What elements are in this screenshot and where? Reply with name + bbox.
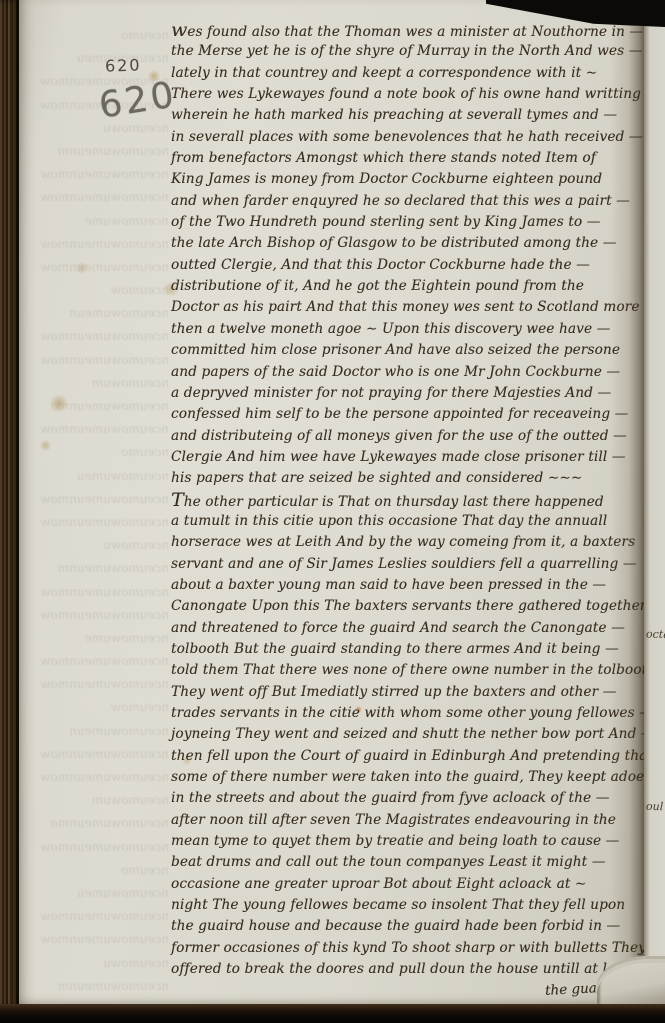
- manuscript-line: mean tyme to quyet them by treatie and b…: [171, 831, 663, 852]
- manuscript-line: trades servants in the citie with whom s…: [171, 703, 663, 724]
- manuscript-line: Canongate Upon this The baxters servants…: [171, 596, 663, 617]
- manuscript-line: committed him close prisoner And have al…: [171, 340, 663, 361]
- showthrough-row: nceumowumeunmowsnme: [41, 418, 169, 441]
- showthrough-row: nceumowumeunmowsnm: [41, 581, 169, 604]
- book-binding-edge: [0, 0, 19, 1006]
- showthrough-row: nceumowume: [41, 210, 169, 233]
- manuscript-page: nceumonceumowumeunceumowumeunmowsnceumow…: [19, 0, 644, 1006]
- manuscript-line: lately in that countrey and keept a corr…: [171, 63, 663, 84]
- showthrough-row: nceumowu: [41, 534, 169, 557]
- facing-page-sliver: octor oul: [644, 12, 665, 1008]
- manuscript-line: his papers that are seized be sighted an…: [171, 468, 663, 489]
- manuscript-line: joyneing They went and seized and shutt …: [171, 724, 663, 745]
- manuscript-line: the Merse yet he is of the shyre of Murr…: [171, 41, 663, 62]
- showthrough-row: nceumowumeunmow: [41, 650, 169, 673]
- showthrough-row: nceumowume: [41, 627, 169, 650]
- manuscript-line: Clergie And him wee have Lykewayes made …: [171, 447, 663, 468]
- showthrough-row: nceumowumeunmowsnm: [41, 163, 169, 186]
- showthrough-row: nceumowumeunmo: [41, 395, 169, 418]
- manuscript-line: King James is money from Doctor Cockburn…: [171, 169, 663, 190]
- page-gutter-shade: [610, 0, 644, 1006]
- manuscript-line: some of there number were taken into the…: [171, 767, 663, 788]
- manuscript-line: The other particular is That on thursday…: [171, 490, 663, 511]
- manuscript-line: wherein he hath marked his preaching at …: [171, 105, 663, 126]
- manuscript-line: confessed him self to be the persone app…: [171, 404, 663, 425]
- showthrough-row: nceumowumeunmowsnmeow: [41, 928, 169, 951]
- showthrough-row: nceumowumeunmowsnmeo: [41, 673, 169, 696]
- manuscript-line: of the Two Hundreth pound sterling sent …: [171, 212, 663, 233]
- showthrough-row: nceumowum: [41, 789, 169, 812]
- manuscript-line: night The young fellowes became so insol…: [171, 895, 663, 916]
- manuscript-line: then fell upon the Court of guaird in Ed…: [171, 746, 663, 767]
- manuscript-line: outted Clergie, And that this Doctor Coc…: [171, 255, 663, 276]
- manuscript-line: and distributeing of all moneys given fo…: [171, 426, 663, 447]
- facing-page-fragment: octor: [646, 627, 665, 641]
- showthrough-row: nceumowumeunm: [41, 140, 169, 163]
- showthrough-row: nceumow: [41, 279, 169, 302]
- showthrough-row: nceumowumeunmo: [41, 812, 169, 835]
- showthrough-row: nceumowumeunmowsnmeow: [41, 511, 169, 534]
- manuscript-line: and when farder enquyred he so declared …: [171, 191, 663, 212]
- showthrough-row: nceumowumeun: [41, 302, 169, 325]
- showthrough-row: nceumowumeunmows: [41, 488, 169, 511]
- showthrough-row: nceumowumeu: [41, 465, 169, 488]
- showthrough-row: nceumowumeunm: [41, 557, 169, 580]
- manuscript-line: after noon till after seven The Magistra…: [171, 810, 663, 831]
- showthrough-row: nceumowumeunmowsnmeo: [41, 256, 169, 279]
- showthrough-row: nceumow: [41, 696, 169, 719]
- manuscript-line: a depryved minister for not praying for …: [171, 383, 663, 404]
- manuscript-line: Doctor as his pairt And that this money …: [171, 297, 663, 318]
- manuscript-line: There wes Lykewayes found a note book of…: [171, 84, 663, 105]
- manuscript-line: in severall places with some benevolence…: [171, 127, 663, 148]
- manuscript-line: in the streets and about the guaird from…: [171, 788, 663, 809]
- showthrough-row: nceumowumeun: [41, 720, 169, 743]
- table-edge-background: [0, 1004, 665, 1023]
- showthrough-row: nceumo: [41, 859, 169, 882]
- showthrough-row: nceumowumeunm: [41, 975, 169, 998]
- showthrough-row: nceumowumeunmowsnmeowu: [41, 766, 169, 789]
- manuscript-line: tolbooth But the guaird standing to ther…: [171, 639, 663, 660]
- showthrough-row: nceumowumeunmows: [41, 905, 169, 928]
- manuscript-line: distributione of it, And he got the Eigh…: [171, 276, 663, 297]
- facing-page-fragment: oul: [646, 800, 664, 814]
- manuscript-line: the late Arch Bishop of Glasgow to be di…: [171, 233, 663, 254]
- manuscript-line: the guaird house and because the guaird …: [171, 916, 663, 937]
- manuscript-line: and threatened to force the guaird And s…: [171, 618, 663, 639]
- manuscript-line: wes found also that the Thoman wes a min…: [171, 20, 663, 41]
- manuscript-line: servant and ane of Sir James Leslies sou…: [171, 554, 663, 575]
- showthrough-row: nceumowumeunmowsnmeowue: [41, 604, 169, 627]
- manuscript-line: horserace wes at Leith And by the way co…: [171, 532, 663, 553]
- showthrough-row: nceumowumeunmow: [41, 233, 169, 256]
- manuscript-line: and papers of the said Doctor who is one…: [171, 362, 663, 383]
- showthrough-row: nceumowumeu: [41, 882, 169, 905]
- manuscript-line: told them That there wes none of there o…: [171, 660, 663, 681]
- showthrough-row: nceumowumeunmowsnmeowu: [41, 349, 169, 372]
- showthrough-row: nceumowumeunmowsnme: [41, 836, 169, 859]
- manuscript-line: a tumult in this citie upon this occasio…: [171, 511, 663, 532]
- manuscript-line: from benefactors Amongst which there sta…: [171, 148, 663, 169]
- showthrough-row: nceumowu: [41, 952, 169, 975]
- manuscript-text-block: wes found also that the Thoman wes a min…: [171, 20, 663, 992]
- manuscript-line: about a baxter young man said to have be…: [171, 575, 663, 596]
- folio-number-ink: 620: [105, 55, 142, 75]
- manuscript-line: occasione ane greater uproar Bot about E…: [171, 874, 663, 895]
- photographed-book-scene: nceumonceumowumeunceumowumeunmowsnceumow…: [0, 0, 665, 1023]
- manuscript-line: former occasiones of this kynd To shoot …: [171, 938, 663, 959]
- manuscript-line: offered to break the doores and pull dou…: [171, 959, 663, 980]
- showthrough-row: nceumowumeunmowsnmeowue: [41, 186, 169, 209]
- showthrough-row: nceumowumeunmowsn: [41, 325, 169, 348]
- manuscript-line: then a twelve moneth agoe ∼ Upon this di…: [171, 319, 663, 340]
- showthrough-row: nceumowumeunmowsn: [41, 743, 169, 766]
- manuscript-line: beat drums and call out the toun company…: [171, 852, 663, 873]
- showthrough-text: nceumonceumowumeunceumowumeunmowsnceumow…: [41, 24, 169, 1002]
- showthrough-row: nceumo: [41, 441, 169, 464]
- showthrough-row: nceumo: [41, 24, 169, 47]
- manuscript-line: They went off But Imediatly stirred up t…: [171, 682, 663, 703]
- showthrough-row: nceumowum: [41, 372, 169, 395]
